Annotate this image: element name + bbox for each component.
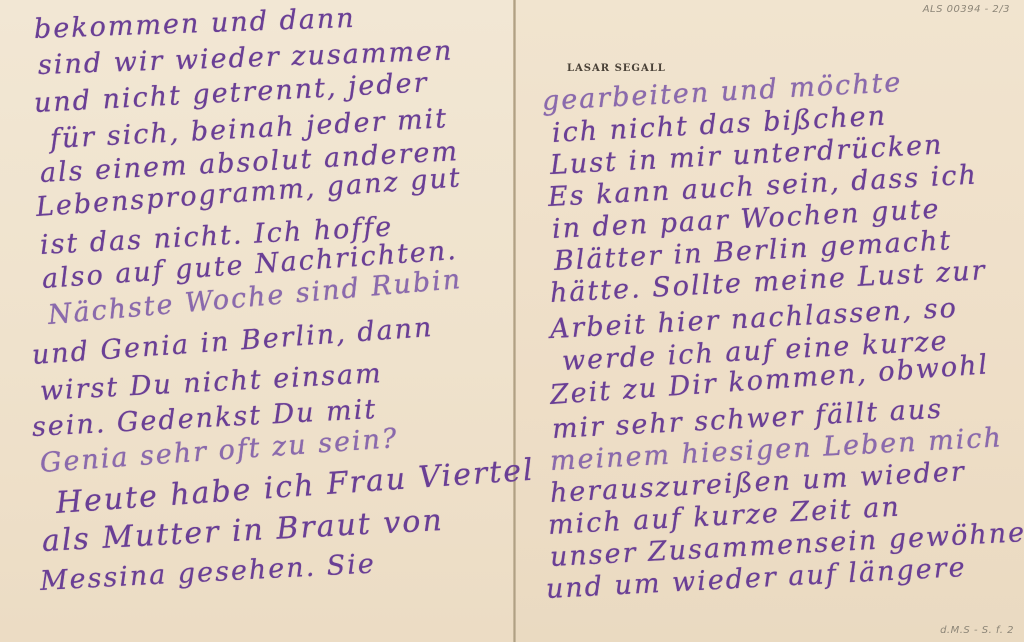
right-page-text: gearbeiten und möchte ich nicht das bißc… <box>516 0 1024 642</box>
left-page-text: bekommen und dann sind wir wieder zusamm… <box>0 0 514 642</box>
handwritten-line: bekommen und dann <box>33 3 356 45</box>
